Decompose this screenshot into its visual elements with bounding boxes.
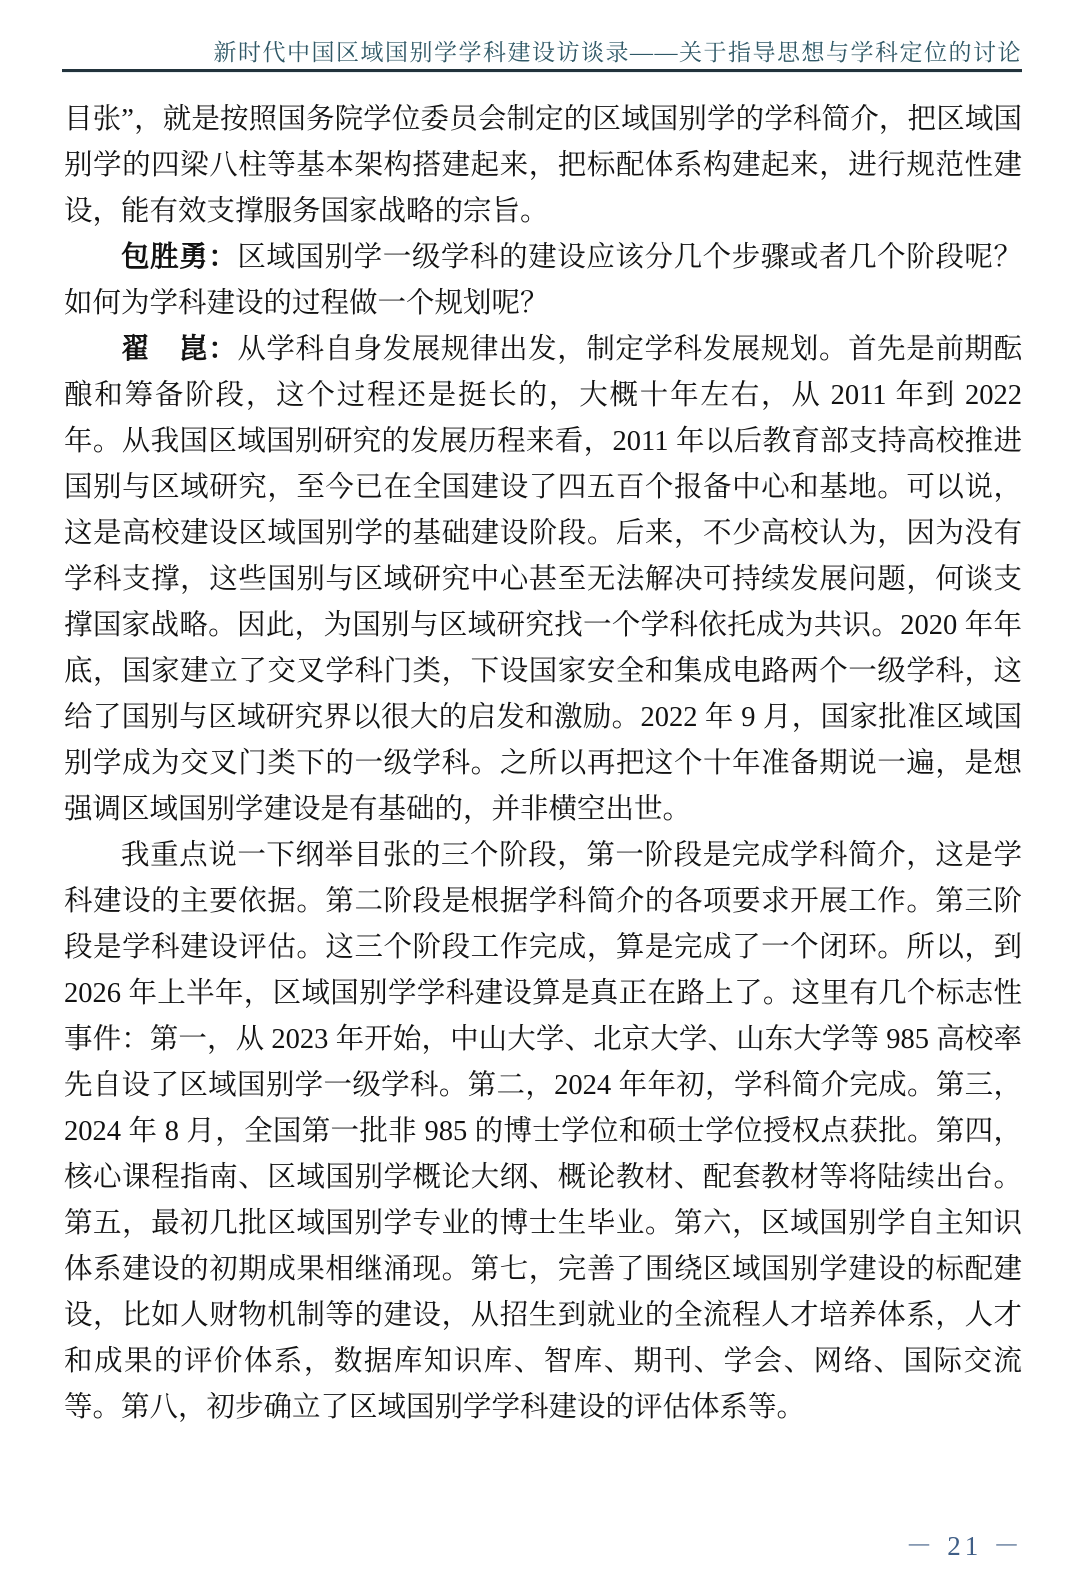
paragraph: 我重点说一下纲举目张的三个阶段，第一阶段是完成学科简介，这是学科建设的主要依据。… [64, 833, 1022, 1431]
header-rule [62, 69, 1022, 73]
speaker-name: 包胜勇： [121, 242, 237, 273]
page-number: － 21 － [906, 1524, 1025, 1563]
speaker-name: 翟 崑： [121, 334, 237, 365]
running-header-title: 新时代中国区域国别学学科建设访谈录——关于指导思想与学科定位的讨论 [62, 34, 1022, 67]
paragraph-text: 目张”，就是按照国务院学位委员会制定的区域国别学的学科简介，把区域国别学的四梁八… [64, 104, 1022, 227]
paragraph: 包胜勇：区域国别学一级学科的建设应该分几个步骤或者几个阶段呢？如何为学科建设的过… [64, 235, 1022, 327]
page-body: 目张”，就是按照国务院学位委员会制定的区域国别学的学科简介，把区域国别学的四梁八… [64, 97, 1022, 1431]
paragraph-text: 从学科自身发展规律出发，制定学科发展规划。首先是前期酝酿和筹备阶段，这个过程还是… [64, 334, 1022, 825]
paragraph-text: 我重点说一下纲举目张的三个阶段，第一阶段是完成学科简介，这是学科建设的主要依据。… [64, 840, 1022, 1423]
paragraph: 目张”，就是按照国务院学位委员会制定的区域国别学的学科简介，把区域国别学的四梁八… [64, 97, 1022, 235]
document-page: 新时代中国区域国别学学科建设访谈录——关于指导思想与学科定位的讨论 目张”，就是… [0, 0, 1080, 1596]
paragraph: 翟 崑：从学科自身发展规律出发，制定学科发展规划。首先是前期酝酿和筹备阶段，这个… [64, 327, 1022, 833]
